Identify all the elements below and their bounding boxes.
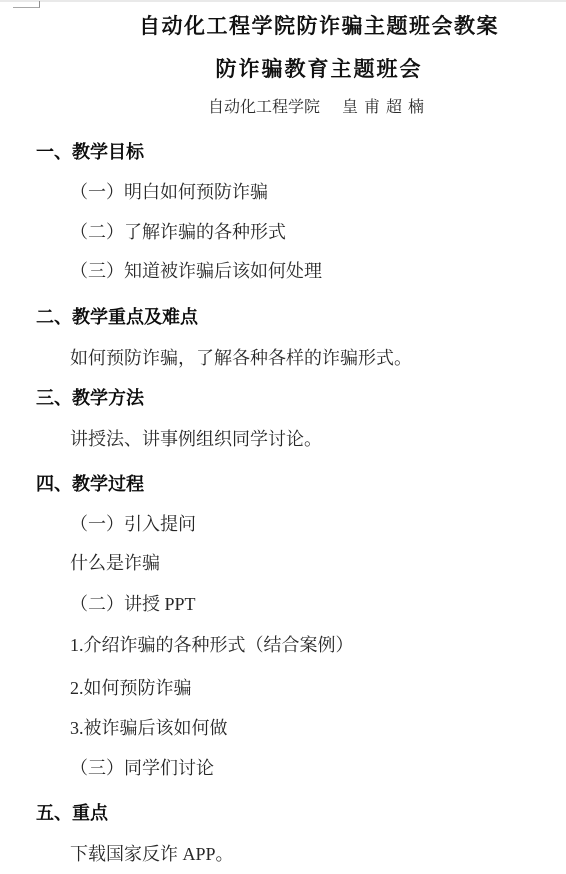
section-4-item-4: 1.介绍诈骗的各种形式（结合案例）: [70, 633, 566, 657]
document-content: 自动化工程学院防诈骗主题班会教案 防诈骗教育主题班会 自动化工程学院皇甫超楠 一…: [36, 0, 566, 874]
byline-department: 自动化工程学院: [208, 99, 320, 116]
section-1-item-3: （三）知道被诈骗后该如何处理: [70, 259, 566, 283]
byline-author: 皇甫超楠: [342, 99, 430, 116]
section-2-item-1: 如何预防诈骗，了解各种各样的诈骗形式。: [70, 346, 566, 370]
section-4-item-1: （一）引入提问: [70, 512, 566, 536]
section-1-item-2: （二）了解诈骗的各种形式: [70, 220, 566, 244]
section-5-item-1: 下载国家反诈 APP。: [70, 842, 566, 866]
section-3-item-1: 讲授法、讲事例组织同学讨论。: [70, 427, 566, 451]
section-heading-5: 五、重点: [36, 802, 566, 826]
section-1-item-1: （一）明白如何预防诈骗: [70, 180, 566, 204]
section-4-item-6: 3.被诈骗后该如何做: [70, 716, 566, 740]
document-subtitle: 防诈骗教育主题班会: [36, 57, 566, 81]
section-heading-4: 四、教学过程: [36, 473, 566, 497]
section-heading-3: 三、教学方法: [36, 387, 566, 411]
document-title: 自动化工程学院防诈骗主题班会教案: [36, 14, 566, 38]
section-heading-1: 一、教学目标: [36, 141, 566, 165]
section-4-item-7: （三）同学们讨论: [70, 756, 566, 780]
section-4-item-2: 什么是诈骗: [70, 551, 566, 575]
section-4-item-5: 2.如何预防诈骗: [70, 676, 566, 700]
byline: 自动化工程学院皇甫超楠: [36, 96, 566, 120]
document-page: 自动化工程学院防诈骗主题班会教案 防诈骗教育主题班会 自动化工程学院皇甫超楠 一…: [0, 0, 566, 874]
section-heading-2: 二、教学重点及难点: [36, 306, 566, 330]
section-4-item-3: （二）讲授 PPT: [70, 592, 566, 616]
